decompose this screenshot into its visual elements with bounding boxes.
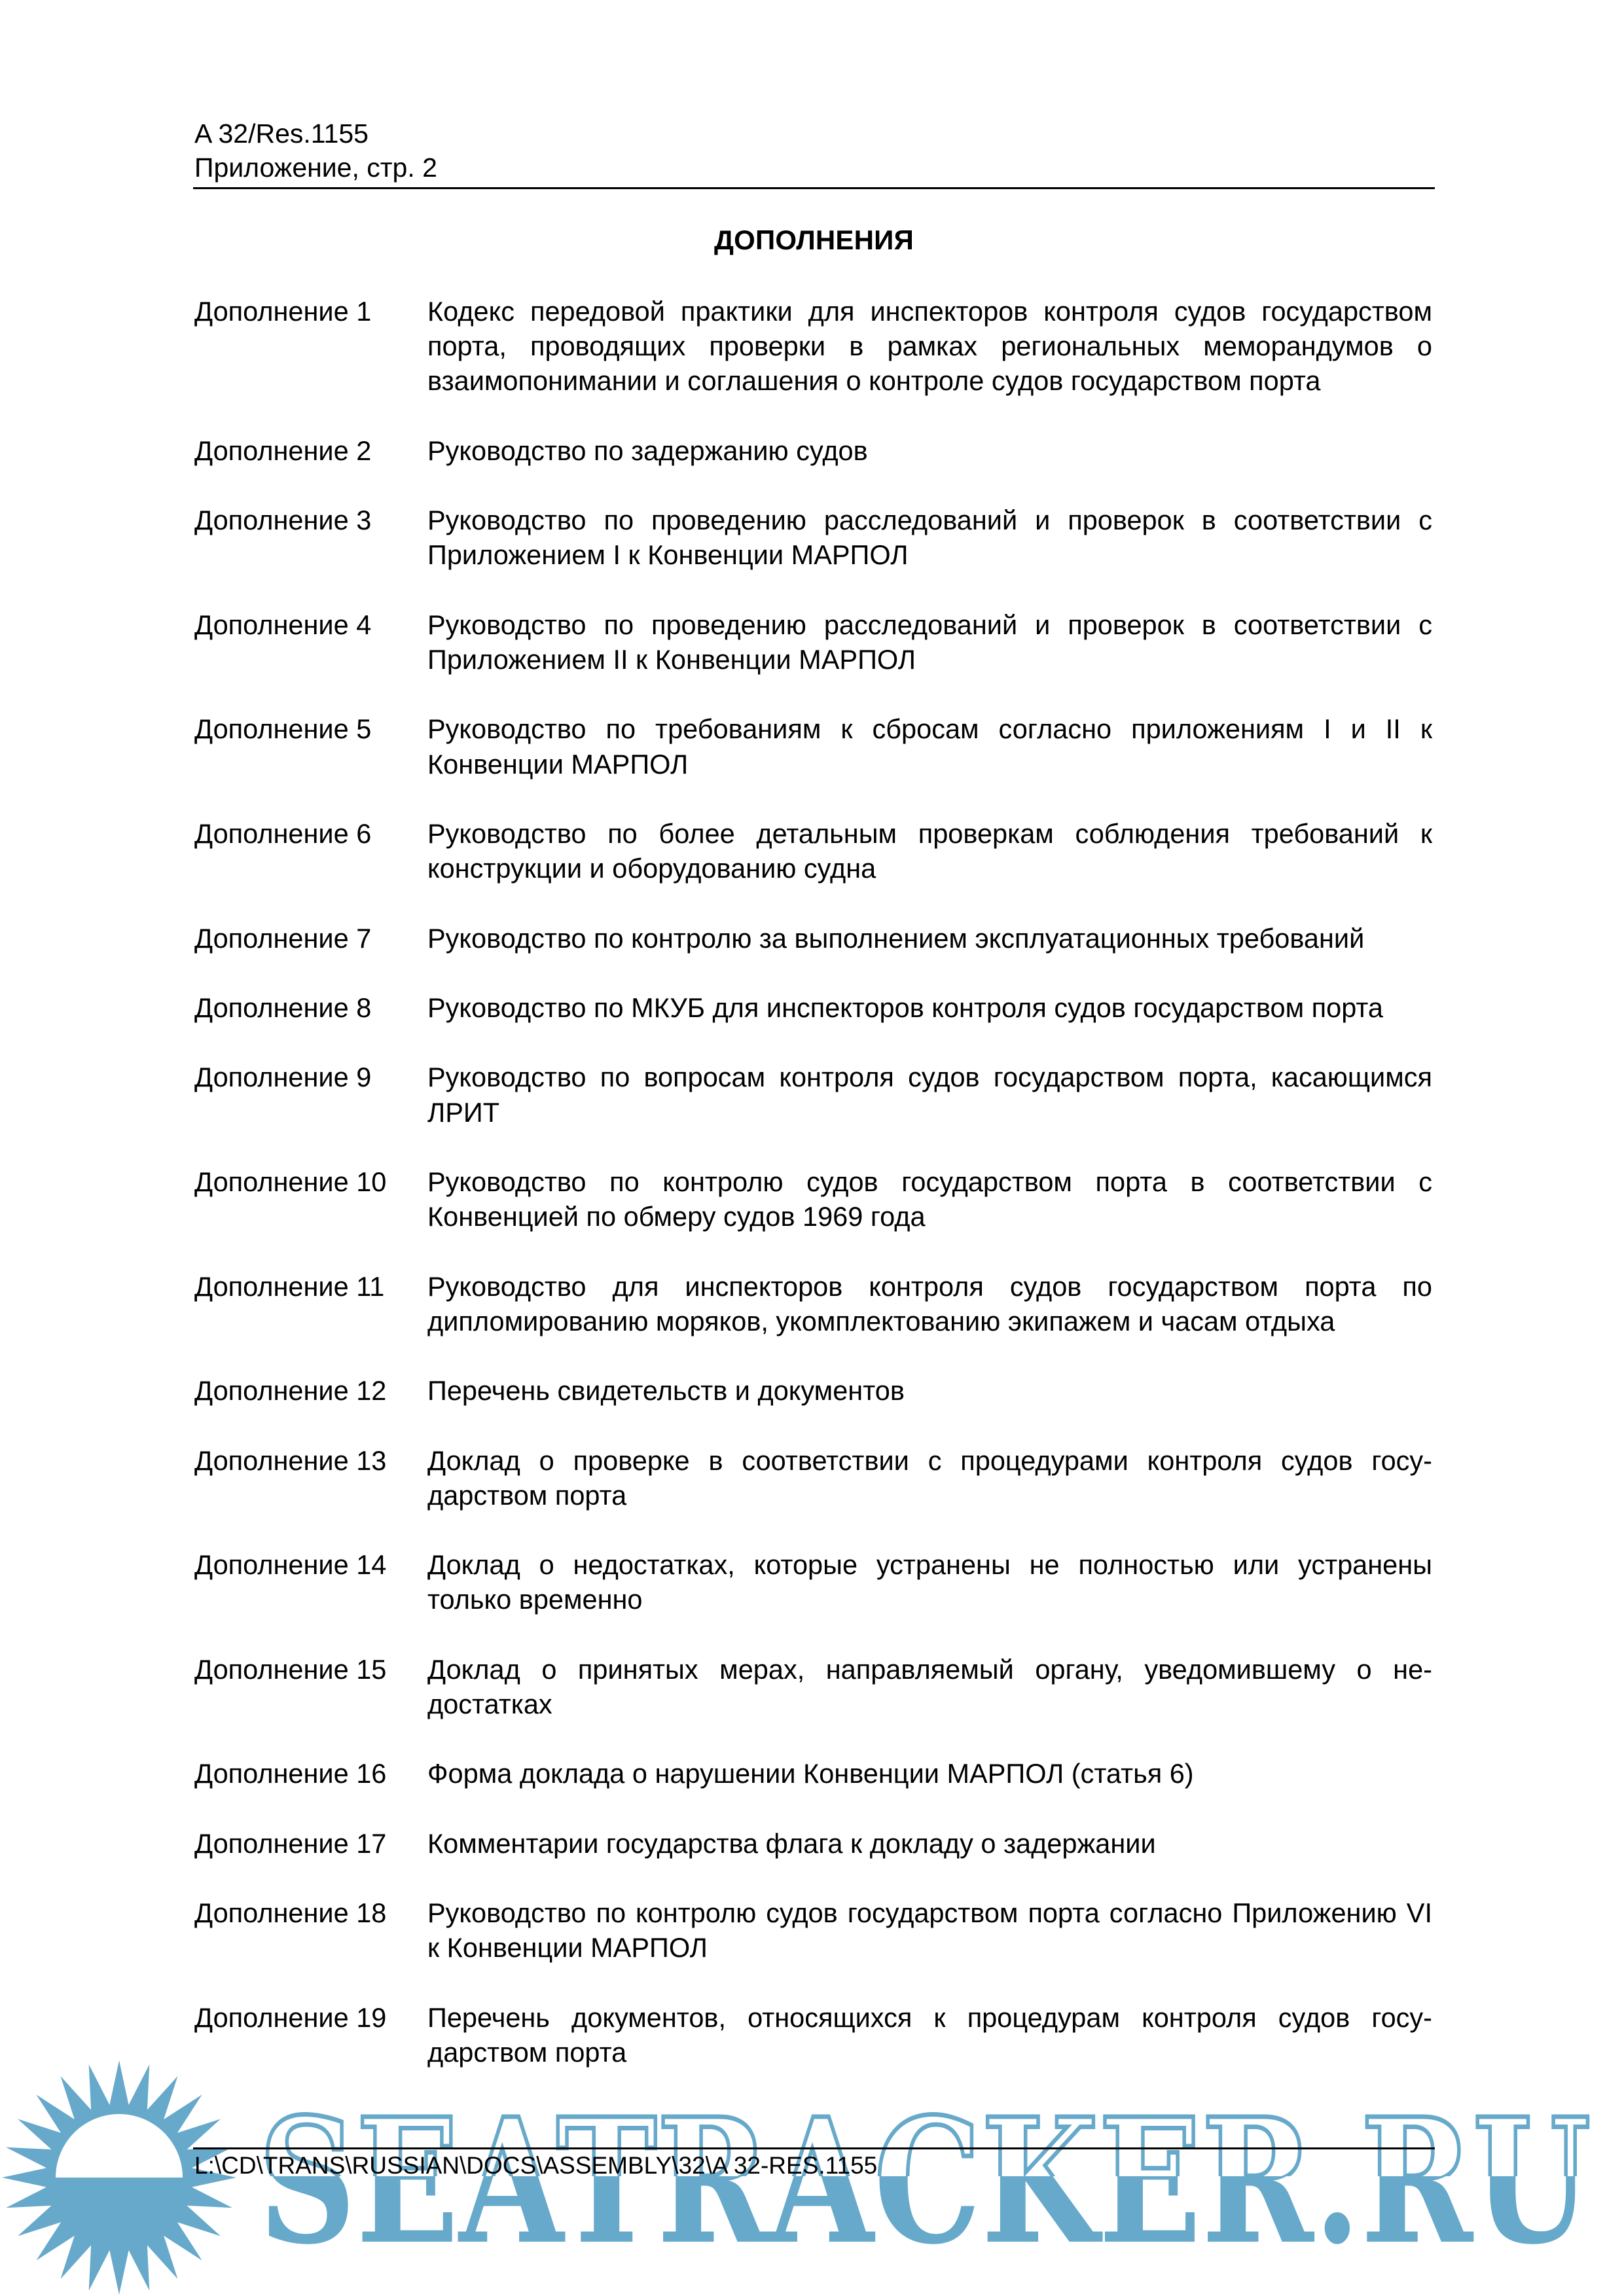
appendix-title: Руководство по контролю за выполнением э… — [427, 921, 1435, 956]
appendix-label: Дополнение 19 — [194, 2000, 427, 2070]
appendix-title: Кодекс передовой практики для инспекторо… — [427, 294, 1435, 399]
document-page: A 32/Res.1155 Приложение, стр. 2 ДОПОЛНЕ… — [0, 0, 1624, 2296]
svg-text:SEATRACKER.RU: SEATRACKER.RU — [259, 2081, 1591, 2282]
appendix-title: Руководство по вопросам контроля судов г… — [427, 1060, 1435, 1129]
appendix-title: Доклад о недостатках, которые устранены … — [427, 1547, 1435, 1617]
appendix-title: Форма доклада о нарушении Конвенции МАРП… — [427, 1756, 1435, 1791]
appendix-title: Руководство по проведению расследований … — [427, 503, 1435, 572]
footer-rule — [193, 2147, 1435, 2149]
appendix-label: Дополнение 5 — [194, 711, 427, 781]
appendix-label: Дополнение 11 — [194, 1269, 427, 1338]
appendix-label: Дополнение 14 — [194, 1547, 427, 1617]
appendix-label: Дополнение 17 — [194, 1826, 427, 1861]
header-rule — [193, 187, 1435, 189]
appendix-title: Перечень свидетельств и документов — [427, 1373, 1435, 1408]
appendix-entry: Дополнение 6Руководство по более детальн… — [194, 816, 1435, 886]
appendix-entry: Дополнение 7Руководство по контролю за в… — [194, 921, 1435, 956]
appendix-label: Дополнение 6 — [194, 816, 427, 886]
appendix-entry: Дополнение 4Руководство по проведению ра… — [194, 607, 1435, 677]
appendix-entry: Дополнение 8Руководство по МКУБ для инсп… — [194, 990, 1435, 1025]
appendix-title: Доклад о проверке в соответствии с проце… — [427, 1443, 1435, 1513]
appendix-label: Дополнение 9 — [194, 1060, 427, 1129]
appendix-entry: Дополнение 11Руководство для инспекторов… — [194, 1269, 1435, 1338]
appendix-title: Комментарии государства флага к докладу … — [427, 1826, 1435, 1861]
appendix-title: Руководство для инспекторов контроля суд… — [427, 1269, 1435, 1338]
appendix-entry: Дополнение 10Руководство по контролю суд… — [194, 1164, 1435, 1234]
appendix-title: Руководство по МКУБ для инспекторов конт… — [427, 990, 1435, 1025]
appendix-entry: Дополнение 18Руководство по контролю суд… — [194, 1895, 1435, 1965]
appendix-label: Дополнение 13 — [194, 1443, 427, 1513]
appendix-entry: Дополнение 13Доклад о проверке в соответ… — [194, 1443, 1435, 1513]
document-number: A 32/Res.1155 — [194, 117, 369, 151]
appendix-title: Доклад о принятых мерах, направляемый ор… — [427, 1652, 1435, 1721]
page-reference: Приложение, стр. 2 — [194, 151, 437, 185]
appendix-title: Руководство по проведению расследований … — [427, 607, 1435, 677]
appendix-title: Руководство по требованиям к сбросам сог… — [427, 711, 1435, 781]
appendix-label: Дополнение 7 — [194, 921, 427, 956]
appendix-entry: Дополнение 9Руководство по вопросам конт… — [194, 1060, 1435, 1129]
appendix-entry: Дополнение 14Доклад о недостатках, котор… — [194, 1547, 1435, 1617]
svg-text:SEATRACKER.RU: SEATRACKER.RU — [259, 2081, 1591, 2282]
appendix-title: Руководство по более детальным проверкам… — [427, 816, 1435, 886]
watermark-text: SEATRACKER.RU SEATRACKER.RU — [259, 2081, 1591, 2282]
appendix-entry: Дополнение 3Руководство по проведению ра… — [194, 503, 1435, 572]
appendix-label: Дополнение 2 — [194, 433, 427, 468]
appendix-entry: Дополнение 17Комментарии государства фла… — [194, 1826, 1435, 1861]
appendix-entry: Дополнение 19Перечень документов, относя… — [194, 2000, 1435, 2070]
appendix-list: Дополнение 1Кодекс передовой практики дл… — [194, 294, 1435, 2104]
appendix-label: Дополнение 15 — [194, 1652, 427, 1721]
appendix-label: Дополнение 8 — [194, 990, 427, 1025]
appendix-entry: Дополнение 5Руководство по требованиям к… — [194, 711, 1435, 781]
appendix-title: Руководство по контролю судов государств… — [427, 1164, 1435, 1234]
appendix-label: Дополнение 1 — [194, 294, 427, 399]
appendix-title: Перечень документов, относящихся к проце… — [427, 2000, 1435, 2070]
appendix-label: Дополнение 10 — [194, 1164, 427, 1234]
appendix-title: Руководство по задержанию судов — [427, 433, 1435, 468]
appendix-entry: Дополнение 1Кодекс передовой практики дл… — [194, 294, 1435, 399]
page-title: ДОПОЛНЕНИЯ — [193, 223, 1435, 257]
appendix-entry: Дополнение 12Перечень свидетельств и док… — [194, 1373, 1435, 1408]
appendix-label: Дополнение 4 — [194, 607, 427, 677]
appendix-title: Руководство по контролю судов государств… — [427, 1895, 1435, 1965]
appendix-entry: Дополнение 16Форма доклада о нарушении К… — [194, 1756, 1435, 1791]
appendix-entry: Дополнение 2Руководство по задержанию су… — [194, 433, 1435, 468]
appendix-label: Дополнение 12 — [194, 1373, 427, 1408]
appendix-label: Дополнение 18 — [194, 1895, 427, 1965]
appendix-entry: Дополнение 15Доклад о принятых мерах, на… — [194, 1652, 1435, 1721]
appendix-label: Дополнение 16 — [194, 1756, 427, 1791]
appendix-label: Дополнение 3 — [194, 503, 427, 572]
footer-file-path: L:\CD\TRANS\RUSSIAN\DOCS\ASSEMBLY\32\A 3… — [194, 2151, 877, 2180]
